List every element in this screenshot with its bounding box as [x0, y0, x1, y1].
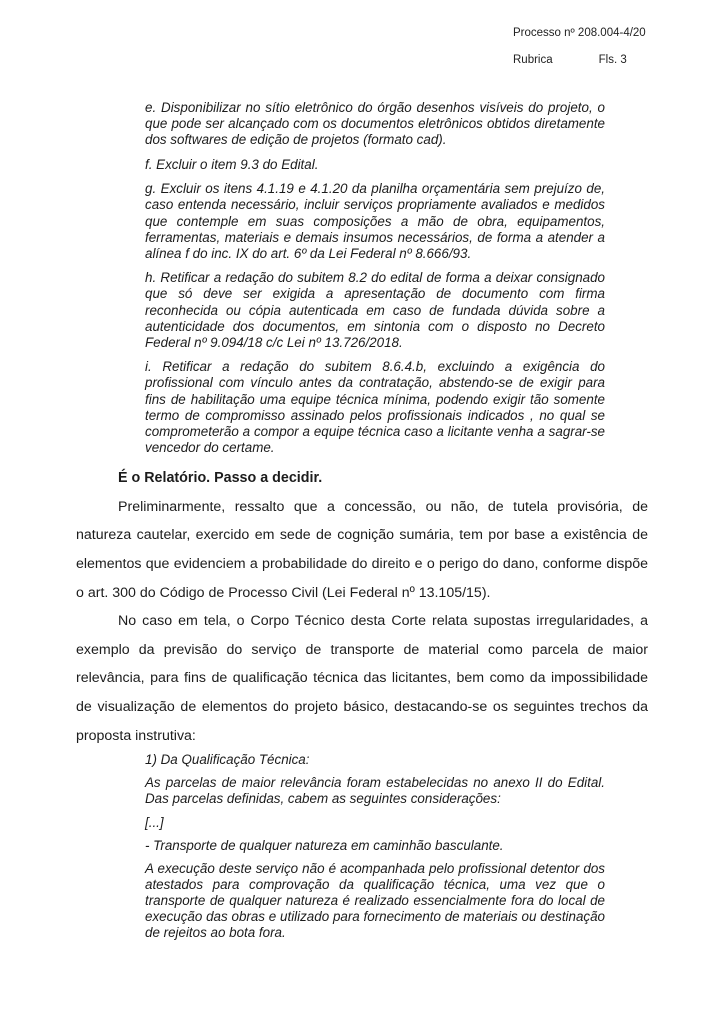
body-paragraph-no-caso-em-tela: No caso em tela, o Corpo Técnico desta C…: [76, 607, 648, 750]
section-heading-relatorio: É o Relatório. Passo a decidir.: [118, 470, 648, 487]
quote-block-qualificacao-tecnica: 1) Da Qualificação Técnica: As parcelas …: [145, 752, 605, 941]
quote-item-i: i. Retificar a redação do subitem 8.6.4.…: [145, 359, 605, 456]
rubrica-label: Rubrica: [513, 54, 553, 67]
quote-block-recommendations: e. Disponibilizar no sítio eletrônico do…: [145, 100, 605, 456]
quote-item-e: e. Disponibilizar no sítio eletrônico do…: [145, 100, 605, 148]
page-number: Fls. 3: [599, 54, 627, 67]
processo-number: Processo nº 208.004-4/20: [513, 27, 646, 40]
quote-item-f: f. Excluir o item 9.3 do Edital.: [145, 157, 605, 173]
quote2-execucao: A execução deste serviço não é acompanha…: [145, 861, 605, 941]
quote-item-g: g. Excluir os itens 4.1.19 e 4.1.20 da p…: [145, 181, 605, 261]
header-row-rubrica: Rubrica Fls. 3: [513, 54, 646, 67]
quote-item-h: h. Retificar a redação do subitem 8.2 do…: [145, 270, 605, 350]
quote2-transporte-bullet: - Transporte de qualquer natureza em cam…: [145, 838, 605, 854]
body-paragraph-preliminarmente: Preliminarmente, ressalto que a concessã…: [76, 493, 648, 607]
document-body: e. Disponibilizar no sítio eletrônico do…: [76, 100, 648, 948]
quote2-ellipsis: [...]: [145, 815, 605, 831]
page-header: Processo nº 208.004-4/20 Rubrica Fls. 3: [513, 27, 646, 67]
quote2-parcelas: As parcelas de maior relevância foram es…: [145, 775, 605, 807]
document-page: Processo nº 208.004-4/20 Rubrica Fls. 3 …: [0, 0, 725, 1024]
quote2-title: 1) Da Qualificação Técnica:: [145, 752, 605, 768]
